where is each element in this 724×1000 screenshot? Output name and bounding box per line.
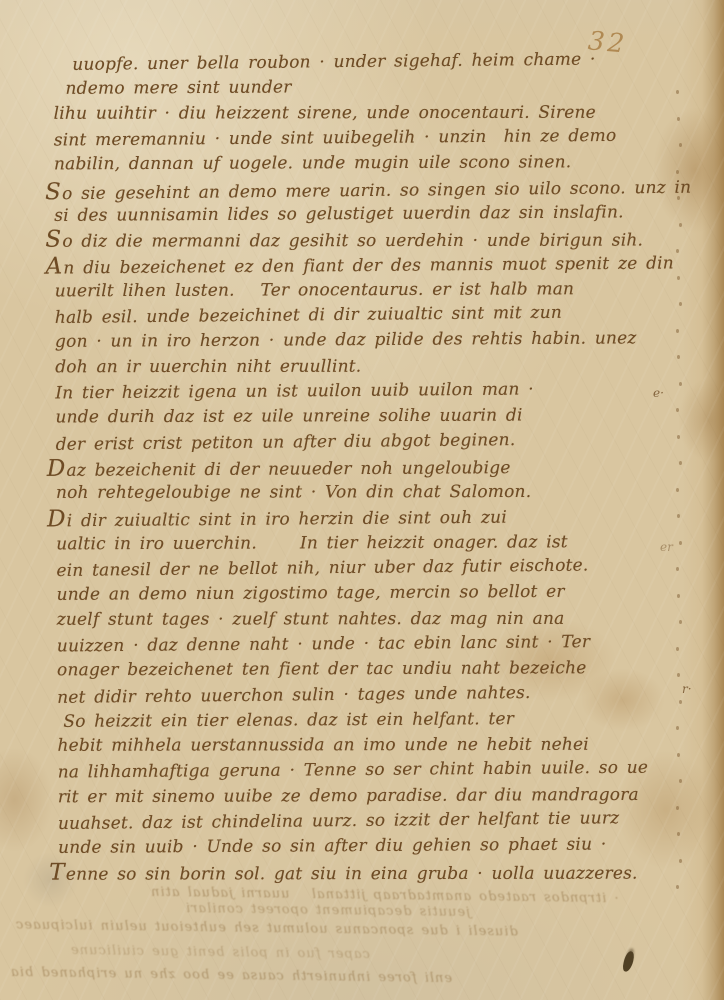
- manuscript-line: gon · un in iro herzon · unde daz pilide…: [55, 327, 637, 355]
- manuscript-line: halb esil. unde bezeichinet di dir zuiua…: [55, 301, 562, 330]
- prick-mark: [679, 620, 682, 624]
- prick-mark: [677, 753, 680, 757]
- prick-mark: [676, 806, 679, 810]
- initial-letter: A: [45, 254, 62, 280]
- manuscript-line: uuopfe. uner bella roubon · under sigeha…: [72, 47, 595, 76]
- prick-mark: [676, 726, 679, 730]
- manuscript-line: onager bezeichenet ten fient der tac und…: [57, 656, 587, 682]
- manuscript-line: Daz bezeichenit di der neuueder noh unge…: [47, 454, 511, 483]
- prick-mark: [677, 435, 680, 439]
- manuscript-line: uuerilt lihen lusten. Ter onocentaurus. …: [55, 277, 575, 303]
- manuscript-line: In tier heizzit igena un ist uuilon uuib…: [55, 377, 534, 405]
- prick-mark: [676, 647, 679, 651]
- manuscript-line: net didir rehto uuerchon sulin · tages u…: [57, 680, 531, 709]
- prick-mark: [679, 223, 682, 227]
- manuscript-line: hebit mihhela uerstannussida an imo unde…: [57, 733, 588, 758]
- line-text: enne so sin borin sol. gat siu in eina g…: [66, 863, 638, 884]
- prick-mark: [679, 859, 682, 863]
- prick-mark: [679, 143, 682, 147]
- prick-mark: [677, 594, 680, 598]
- initial-letter: D: [47, 456, 66, 482]
- prick-mark: [679, 382, 682, 386]
- manuscript-line: ualtic in iro uuerchin. In tier heizzit …: [56, 530, 568, 556]
- prick-mark: [677, 514, 680, 518]
- initial-letter: S: [45, 179, 61, 205]
- prick-mark: [676, 885, 679, 889]
- manuscript-line: ndemo mere sint uunder: [65, 76, 291, 101]
- margin-mark: e·: [653, 386, 664, 400]
- initial-letter: T: [49, 859, 65, 885]
- prick-mark: [677, 276, 680, 280]
- manuscript-line: doh an ir uuerchin niht eruullint.: [55, 354, 361, 379]
- manuscript-line: Di dir zuiualtic sint in iro herzin die …: [47, 504, 507, 534]
- manuscript-line: sint meremanniu · unde sint uuibegelih ·…: [54, 124, 617, 153]
- prick-mark: [679, 541, 682, 545]
- manuscript-line: zuelf stunt tages · zuelf stunt nahtes. …: [57, 606, 565, 631]
- initial-letter: D: [47, 507, 66, 533]
- prick-mark: [677, 355, 680, 359]
- prick-mark: [679, 779, 682, 783]
- manuscript-line: nabilin, dannan uf uogele. unde mugin ui…: [54, 150, 571, 176]
- margin-mark: r·: [682, 682, 692, 696]
- prick-mark: [676, 488, 679, 492]
- manuscript-line: si des uunnisamin lides so gelustiget uu…: [54, 200, 624, 227]
- manuscript-line: lihu uuihtir · diu heizzent sirene, unde…: [54, 100, 596, 125]
- prick-mark: [676, 90, 679, 94]
- line-text: o diz die mermanni daz gesihit so uerdeh…: [62, 231, 643, 252]
- manuscript-line: An diu bezeichenet ez den fiant der des …: [45, 250, 674, 281]
- line-text: az bezeichenit di der neuueder noh ungel…: [66, 458, 510, 481]
- manuscript-line: Tenne so sin borin sol. gat siu in eina …: [49, 859, 637, 886]
- manuscript-page: 32 uuopfe. uner bella roubon · under sig…: [0, 0, 724, 1000]
- prick-mark: [676, 567, 679, 571]
- text-block: uuopfe. uner bella roubon · under sigeha…: [0, 0, 724, 1000]
- manuscript-line: uuizzen · daz denne naht · unde · tac eb…: [57, 630, 590, 658]
- line-text: n diu bezeichenet ez den fiant der des m…: [63, 254, 674, 279]
- prick-mark: [676, 249, 679, 253]
- prick-mark: [679, 461, 682, 465]
- manuscript-line: unde sin uuib · Unde so sin after diu ge…: [58, 833, 606, 860]
- manuscript-line: noh rehtegeloubige ne sint · Von din cha…: [56, 480, 531, 505]
- manuscript-line: na lihhamhaftiga geruna · Tenne so ser c…: [58, 756, 649, 785]
- manuscript-line: unde durih daz ist ez uile unreine solih…: [55, 404, 522, 430]
- manuscript-line: So heizzit ein tier elenas. daz ist ein …: [63, 707, 514, 734]
- prick-mark: [676, 408, 679, 412]
- manuscript-line: rit er mit sinemo uuibe ze demo paradise…: [58, 783, 639, 809]
- manuscript-line: der erist crist petiton un after diu abg…: [56, 428, 516, 457]
- prick-mark: [677, 832, 680, 836]
- prick-mark: [676, 170, 679, 174]
- margin-mark: er: [660, 540, 673, 554]
- initial-letter: S: [45, 227, 61, 253]
- prick-mark: [677, 673, 680, 677]
- prick-mark: [679, 302, 682, 306]
- prick-mark: [679, 700, 682, 704]
- prick-mark: [676, 329, 679, 333]
- prick-mark: [677, 117, 680, 121]
- manuscript-line: unde an demo niun zigostimo tage, mercin…: [57, 580, 565, 607]
- line-text: i dir zuiualtic sint in iro herzin die s…: [67, 508, 507, 532]
- manuscript-line: uuahset. daz ist chindelina uurz. so izz…: [58, 806, 620, 836]
- prick-mark: [677, 196, 680, 200]
- manuscript-line: ein tanesil der ne bellot nih, niur uber…: [56, 554, 588, 583]
